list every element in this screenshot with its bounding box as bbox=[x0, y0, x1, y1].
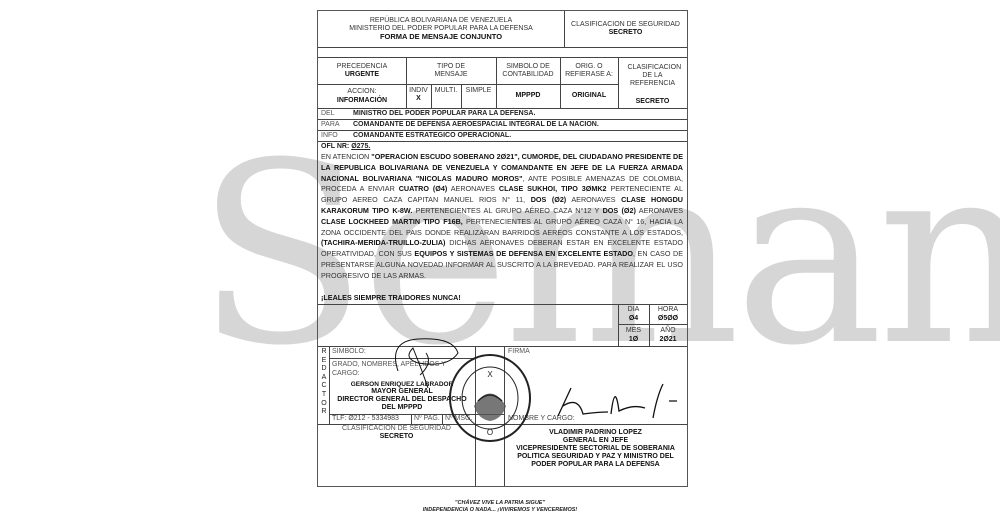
indiv-cell: INDIV X bbox=[406, 85, 431, 110]
accounting-symbol-value-cell: MPPPD bbox=[496, 85, 560, 108]
signature-label: FIRMA bbox=[508, 348, 530, 355]
drafter-security-value: SECRETO bbox=[380, 433, 414, 441]
drafter-phone: TLF: Ø212 - 5334983 bbox=[332, 415, 399, 422]
ofl-label: OFL NR: bbox=[321, 143, 349, 150]
ref-class-value-cell: SECRETO bbox=[618, 95, 687, 109]
drafter-name: GERSON ENRIQUEZ LABRADOR bbox=[351, 381, 454, 388]
orig-value: ORIGINAL bbox=[572, 92, 606, 100]
orig-cell: ORIG. O REFIERASE A: bbox=[560, 58, 618, 84]
orig-label: ORIG. O REFIERASE A: bbox=[564, 63, 614, 79]
hour-cell: HORA Ø5ØØ bbox=[649, 305, 687, 324]
routing-to: PARACOMANDANTE DE DEFENSA AEROESPACIAL I… bbox=[321, 120, 681, 130]
symbol-label: SIMBOLO: bbox=[332, 348, 366, 355]
svg-text:O: O bbox=[487, 428, 493, 437]
security-classification: CLASIFICACION DE SEGURIDAD SECRETO bbox=[564, 11, 687, 47]
ofl-number: OFL NR: Ø275. bbox=[321, 142, 370, 152]
signer-name: VLADIMIR PADRINO LOPEZ bbox=[549, 429, 642, 437]
closing-motto: ¡LEALES SIEMPRE TRAIDORES NUNCA! bbox=[321, 293, 461, 302]
message-type-label: TIPO DE MENSAJE bbox=[426, 63, 476, 79]
indiv-value: X bbox=[416, 95, 421, 103]
footer-motto-1: "CHÁVEZ VIVE LA PATRIA SIGUE" bbox=[0, 500, 1000, 506]
routing-to-value: COMANDANTE DE DEFENSA AEROESPACIAL INTEG… bbox=[353, 121, 599, 128]
drafter-security-label: CLASIFICACION DE SEGURIDAD bbox=[342, 425, 451, 433]
month-value: 1Ø bbox=[629, 336, 638, 344]
form-title: FORMA DE MENSAJE CONJUNTO bbox=[380, 33, 502, 42]
hour-value: Ø5ØØ bbox=[658, 315, 678, 323]
hour-label: HORA bbox=[658, 306, 678, 314]
action-cell: ACCION: INFORMACIÓN bbox=[318, 85, 406, 108]
drafter-security: CLASIFICACION DE SEGURIDAD SECRETO bbox=[318, 425, 475, 447]
year-cell: AÑO 2Ø21 bbox=[649, 325, 687, 346]
routing-info-value: COMANDANTE ESTRATEGICO OPERACIONAL. bbox=[353, 132, 511, 139]
month-cell: MES 1Ø bbox=[618, 325, 649, 346]
message-body: EN ATENCION "OPERACION ESCUDO SOBERANO 2… bbox=[321, 152, 683, 282]
signer-title-1: VICEPRESIDENTE SECTORIAL DE SOBERANIA bbox=[516, 445, 675, 453]
multi-label: MULTI. bbox=[435, 87, 457, 95]
republic-name: REPÚBLICA BOLIVARIANA DE VENEZUELA bbox=[370, 17, 512, 25]
ref-class-value: SECRETO bbox=[636, 98, 670, 106]
routing-from-value: MINISTRO DEL PODER POPULAR PARA LA DEFEN… bbox=[353, 110, 535, 117]
accounting-symbol-label: SIMBOLO DE CONTABILIDAD bbox=[496, 63, 560, 79]
joint-message-form: REPÚBLICA BOLIVARIANA DE VENEZUELA MINIS… bbox=[317, 10, 688, 487]
routing-to-label: PARA bbox=[321, 120, 353, 130]
signer-name-label: NOMBRE Y CARGO: bbox=[508, 415, 575, 422]
message-number-label: Nº MSG. bbox=[445, 415, 472, 422]
grade-label: GRADO, NOMBRES, APELLIDOS Y CARGO: bbox=[332, 360, 452, 378]
routing-from: DELMINISTRO DEL PODER POPULAR PARA LA DE… bbox=[321, 109, 681, 119]
security-value: SECRETO bbox=[609, 29, 643, 37]
routing-info-label: INFO bbox=[321, 131, 353, 141]
signer-identity: VLADIMIR PADRINO LOPEZ GENERAL EN JEFE V… bbox=[504, 429, 687, 484]
signer-title-2: POLITICA SEGURIDAD Y PAZ Y MINISTRO DEL bbox=[517, 453, 674, 461]
month-label: MES bbox=[626, 327, 641, 335]
form-header: REPÚBLICA BOLIVARIANA DE VENEZUELA MINIS… bbox=[318, 11, 564, 47]
action-value: INFORMACIÓN bbox=[337, 97, 387, 105]
multi-cell: MULTI. bbox=[431, 85, 461, 110]
routing-info: INFOCOMANDANTE ESTRATEGICO OPERACIONAL. bbox=[321, 131, 681, 141]
year-value: 2Ø21 bbox=[659, 336, 676, 344]
ofl-value: Ø275. bbox=[351, 143, 370, 150]
action-label: ACCION: bbox=[347, 88, 376, 96]
signer-title-3: PODER POPULAR PARA LA DEFENSA bbox=[531, 461, 659, 469]
security-label: CLASIFICACION DE SEGURIDAD bbox=[571, 21, 680, 29]
footer-motto-2: INDEPENDENCIA O NADA... ¡VIVIREMOS Y VEN… bbox=[0, 507, 1000, 513]
simple-cell: SIMPLE bbox=[461, 85, 496, 110]
drafter-side-label: REDACTOR bbox=[320, 348, 328, 417]
page-number-label: Nº PAG. bbox=[414, 415, 440, 422]
accounting-symbol-cell: SIMBOLO DE CONTABILIDAD bbox=[496, 58, 560, 84]
drafter-rank: MAYOR GENERAL bbox=[371, 388, 433, 396]
indiv-label: INDIV bbox=[409, 87, 428, 95]
drafter-title-2: DEL MPPPD bbox=[382, 404, 423, 412]
precedence-label: PRECEDENCIA bbox=[337, 63, 388, 71]
signer-rank: GENERAL EN JEFE bbox=[563, 437, 628, 445]
routing-from-label: DEL bbox=[321, 109, 353, 119]
precedence-cell: PRECEDENCIA URGENTE bbox=[318, 58, 406, 84]
simple-label: SIMPLE bbox=[466, 87, 492, 95]
drafter-title-1: DIRECTOR GENERAL DEL DESPACHO bbox=[337, 396, 466, 404]
ref-class-cell: CLASIFICACION DE LA REFERENCIA bbox=[618, 58, 687, 94]
year-label: AÑO bbox=[660, 327, 675, 335]
day-label: DIA bbox=[628, 306, 640, 314]
message-type-cell: TIPO DE MENSAJE bbox=[406, 58, 496, 84]
orig-value-cell: ORIGINAL bbox=[560, 85, 618, 108]
day-value: Ø4 bbox=[629, 315, 638, 323]
day-cell: DIA Ø4 bbox=[618, 305, 649, 324]
accounting-symbol-value: MPPPD bbox=[516, 92, 541, 100]
drafter-identity: GERSON ENRIQUEZ LABRADOR MAYOR GENERAL D… bbox=[329, 380, 475, 413]
ref-class-label: CLASIFICACION DE LA REFERENCIA bbox=[628, 64, 678, 88]
svg-text:X: X bbox=[487, 370, 493, 379]
precedence-value: URGENTE bbox=[345, 71, 379, 79]
